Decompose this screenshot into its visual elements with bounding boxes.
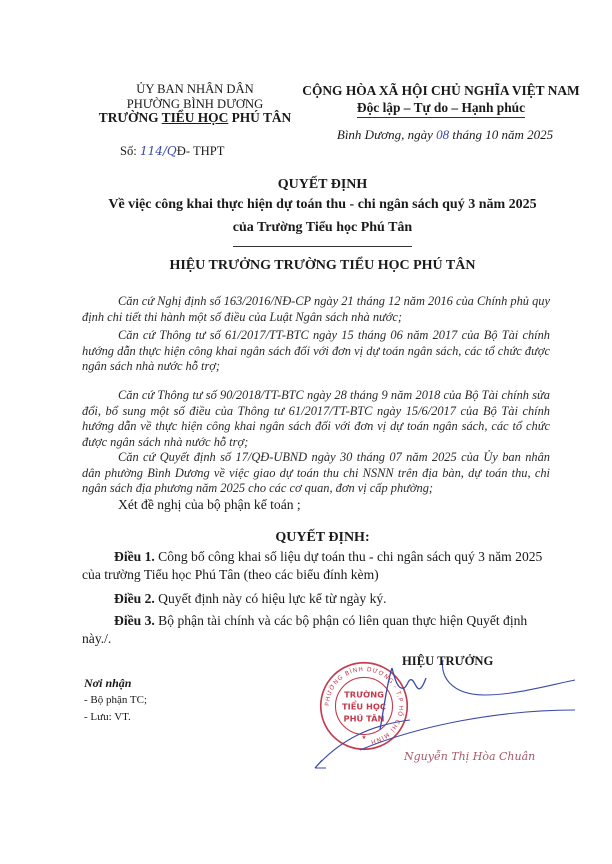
article-label: Điều 2. [114,591,155,606]
recipients-title: Nơi nhận [84,676,131,691]
recipient-item: - Bộ phận TC; [84,694,147,706]
legal-basis: Căn cứ Thông tư số 61/2017/TT-BTC ngày 1… [82,328,550,375]
agency-line-1: ỦY BAN NHÂN DÂN [95,82,295,97]
document-title: QUYẾT ĐỊNH Về việc công khai thực hiện d… [80,175,565,247]
number-handwritten: 114/Q [140,144,177,158]
article-2: Điều 2. Quyết định này có hiệu lực kể từ… [82,590,550,608]
signatory-title: HIỆU TRƯỞNG [402,654,493,669]
decision-heading: QUYẾT ĐỊNH: [80,530,565,546]
signatory-name: Nguyễn Thị Hòa Chuân [404,750,535,763]
national-name: CỘNG HÒA XÃ HỘI CHỦ NGHĨA VIỆT NAM [296,82,586,99]
number-suffix: Đ- THPT [177,144,225,158]
recipient-item: - Lưu: VT. [84,711,131,723]
legal-basis: Căn cứ Quyết định số 17/QĐ-UBND ngày 30 … [82,450,550,497]
school-name: TRƯỜNG TIỂU HỌC PHÚ TÂN [95,111,295,126]
title-subject: Về việc công khai thực hiện dự toán thu … [80,195,565,215]
document-number: Số: 114/QĐ- THPT [120,144,224,159]
issuing-agency: ỦY BAN NHÂN DÂN PHƯỜNG BÌNH DƯƠNG TRƯỜNG… [95,82,295,126]
school-name-underlined: TIỂU HỌC [162,110,229,125]
title-main: QUYẾT ĐỊNH [80,175,565,195]
article-text: Quyết định này có hiệu lực kể từ ngày ký… [155,591,387,606]
title-subject-school: của Trường Tiểu học Phú Tân [233,218,412,247]
number-label: Số: [120,144,137,158]
authority-heading: HIỆU TRƯỞNG TRƯỜNG TIỂU HỌC PHÚ TÂN [80,258,565,274]
date-day-handwritten: 08 [436,127,449,142]
article-label: Điều 3. [114,613,155,628]
national-header: CỘNG HÒA XÃ HỘI CHỦ NGHĨA VIỆT NAM Độc l… [296,82,586,118]
consideration: Xét đề nghị của bộ phận kế toán ; [118,497,301,513]
school-name-suffix: PHÚ TÂN [228,110,291,125]
legal-basis: Căn cứ Nghị định số 163/2016/NĐ-CP ngày … [82,294,550,325]
national-motto: Độc lập – Tự do – Hạnh phúc [357,99,525,118]
legal-basis: Căn cứ Thông tư số 90/2018/TT-BTC ngày 2… [82,388,550,450]
date-suffix: tháng 10 năm 2025 [449,127,553,142]
article-label: Điều 1. [114,549,155,564]
agency-line-2: PHƯỜNG BÌNH DƯƠNG [95,97,295,112]
school-name-prefix: TRƯỜNG [99,110,162,125]
date-prefix: Bình Dương, ngày [337,127,436,142]
article-1: Điều 1. Công bố công khai số liệu dự toá… [82,548,550,584]
issue-date: Bình Dương, ngày 08 tháng 10 năm 2025 [310,127,580,143]
